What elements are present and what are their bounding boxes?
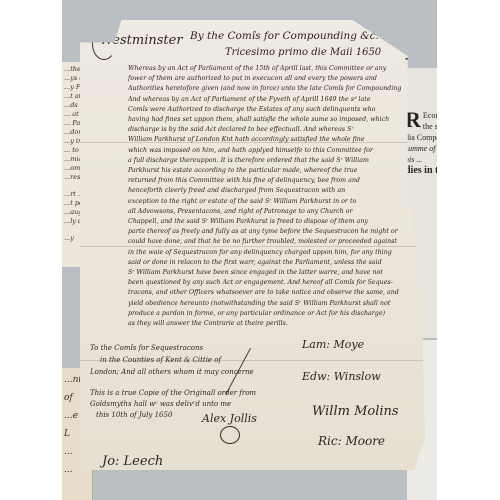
printed-line: his ...	[405, 154, 437, 165]
document-photograph: ...the Parish of ...ys of Pa... ...y Fin…	[62, 0, 437, 500]
body-line: Parkhurst his estate according to the pa…	[128, 166, 418, 176]
note-line: Goldsmyths hall wᶜ was delivʳd unto me	[90, 399, 256, 410]
signature-moye: Lam: Moye	[302, 338, 364, 351]
body-line: parte thereof as freely and fully as at …	[128, 227, 418, 237]
body-line: been questioned by any such Act or engag…	[128, 278, 418, 288]
brace-icon: }	[402, 32, 420, 60]
address-line: in the Counties of Kent & Cittie of	[90, 354, 254, 366]
address-line: London; And all others whom it may conce…	[90, 366, 254, 378]
body-line: in the waie of Sequestracon for any deli…	[128, 248, 418, 258]
body-line: henceforth cleerly freed and discharged …	[128, 186, 418, 196]
body-line: exception to the right or estate of the …	[128, 197, 418, 207]
body-line: Whereas by an Act of Parliament of the 1…	[128, 64, 418, 74]
order-title: By the Comîs for Compounding &c.	[190, 30, 379, 42]
address-block: To the Comîs for Sequestracons in the Co…	[90, 342, 254, 378]
signature-winslow: Edw: Winslow	[302, 370, 381, 383]
order-body: Whereas by an Act of Parliament of the 1…	[128, 64, 418, 329]
body-line: fower of them are authorized to put in e…	[128, 74, 418, 84]
body-line: Authorities heretofore given (and now in…	[128, 84, 418, 94]
body-line: having had fines set uppon them, shall s…	[128, 115, 418, 125]
body-line: yield obedience hereunto (notwithstandin…	[128, 299, 418, 309]
body-line: returned from this Committee with his fi…	[128, 176, 418, 186]
note-line: This is a true Copie of the Originall or…	[90, 388, 256, 399]
signature-flourish-icon	[220, 426, 240, 444]
body-line: William Parkhurst of London Knt hath acc…	[128, 135, 418, 145]
place-heading: Westminster	[100, 33, 183, 48]
printed-line: summe of ...	[405, 143, 437, 154]
body-line: And whereas by an Act of Parliament of t…	[128, 95, 418, 105]
main-manuscript: Westminster By the Comîs for Compounding…	[80, 20, 425, 470]
body-line: discharge is by the said Act declared to…	[128, 125, 418, 135]
address-line: To the Comîs for Sequestracons	[90, 342, 254, 354]
body-line: which was imposed on him, and hath apply…	[128, 146, 418, 156]
body-line: a full discharge thereuppon. It is there…	[128, 156, 418, 166]
printed-line: dies in t...	[405, 165, 437, 176]
body-line: Sʳ William Parkhurst have been since eng…	[128, 268, 418, 278]
body-line: as they will answer the Contrarie at the…	[128, 319, 418, 329]
body-line: could have done, and that he be no furth…	[128, 237, 418, 247]
signature-leech: Jo: Leech	[102, 454, 163, 469]
signature-moore: Ric: Moore	[318, 434, 385, 448]
body-line: tracons, and other Officers whatsoever a…	[128, 288, 418, 298]
signature-molins: Willm Molins	[312, 404, 399, 419]
body-line: Comîs were Authorized to discharge the E…	[128, 105, 418, 115]
body-line: all Advowsons, Presentacons, and right o…	[128, 207, 418, 217]
order-date: Tricesimo primo die Maii 1650	[225, 47, 381, 58]
signature-jollis: Alex Jollis	[202, 412, 257, 425]
body-line: said or done in relacon to the first war…	[128, 258, 418, 268]
body-line: produce a pardon in forme, or any partic…	[128, 309, 418, 319]
body-line: Chappell, and the said Sʳ William Parkhu…	[128, 217, 418, 227]
printed-line: dia Compo...	[405, 132, 437, 143]
